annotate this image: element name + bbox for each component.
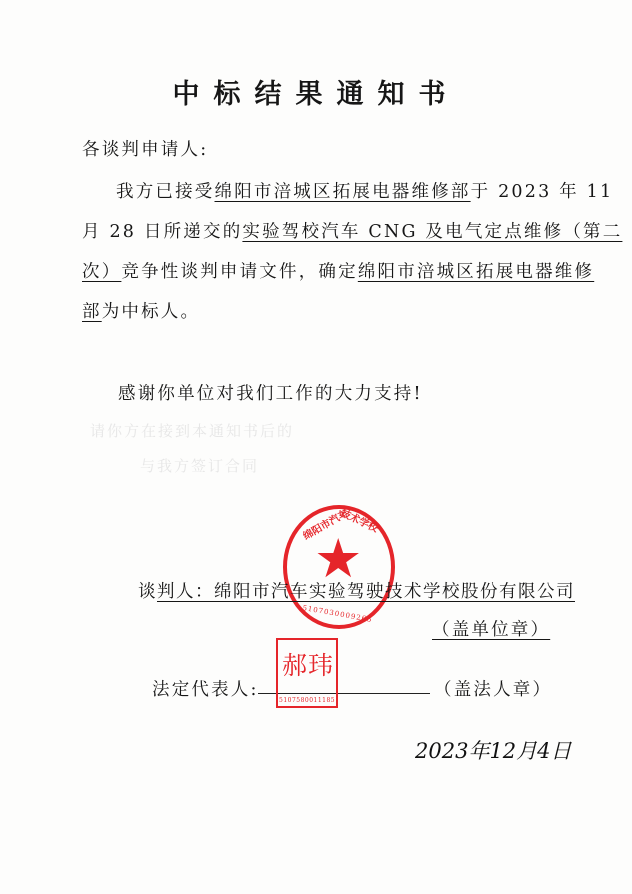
negotiator-name: 绵阳市汽车实验驾驶技术学校股份有限公司: [214, 582, 575, 602]
text: 谈: [138, 582, 157, 602]
thanks-paragraph: 感谢你单位对我们工作的大力支持!: [118, 380, 423, 405]
bleedthrough-text: 请你方在接到本通知书后的: [90, 420, 294, 441]
text: 竞争性谈判申请文件，确定: [121, 262, 357, 282]
personal-seal-number: 5107580011185: [279, 697, 335, 704]
text: 于 2023 年 11: [471, 182, 614, 202]
negotiator-label: 判人：: [157, 582, 214, 602]
body-line-1: 我方已接受绵阳市涪城区拓展电器维修部于 2023 年 11: [116, 178, 613, 203]
handwritten-date: 2023年12月4日: [415, 735, 572, 765]
legal-rep-label: 法定代表人:: [152, 676, 259, 701]
page-title: 中标结果通知书: [0, 72, 632, 111]
bleedthrough-text: 与我方签订合同: [140, 455, 259, 476]
project-name-end: 次）: [82, 262, 121, 282]
company-seal-note: （盖单位章）: [432, 616, 550, 641]
project-name: 实验驾校汽车 CNG 及电气定点维修（第二: [242, 222, 622, 242]
body-line-4: 部为中标人。: [82, 298, 200, 323]
winner-name: 绵阳市涪城区拓展电器维修部: [215, 182, 471, 202]
legal-rep-seal-note: （盖法人章）: [434, 676, 552, 701]
winner-name: 绵阳市涪城区拓展电器维修: [358, 262, 594, 282]
body-line-2: 月 28 日所递交的实验驾校汽车 CNG 及电气定点维修（第二: [82, 218, 622, 243]
text: 为中标人。: [102, 302, 201, 322]
personal-seal-name: 郝玮: [282, 646, 334, 682]
text: 月 28 日所递交的: [82, 222, 242, 242]
text: 我方已接受: [116, 182, 215, 202]
negotiator-line: 谈判人：绵阳市汽车实验驾驶技术学校股份有限公司: [138, 578, 575, 603]
body-line-3: 次）竞争性谈判申请文件，确定绵阳市涪城区拓展电器维修: [82, 258, 594, 283]
salutation: 各谈判申请人:: [82, 136, 208, 161]
winner-name-end: 部: [82, 302, 102, 322]
